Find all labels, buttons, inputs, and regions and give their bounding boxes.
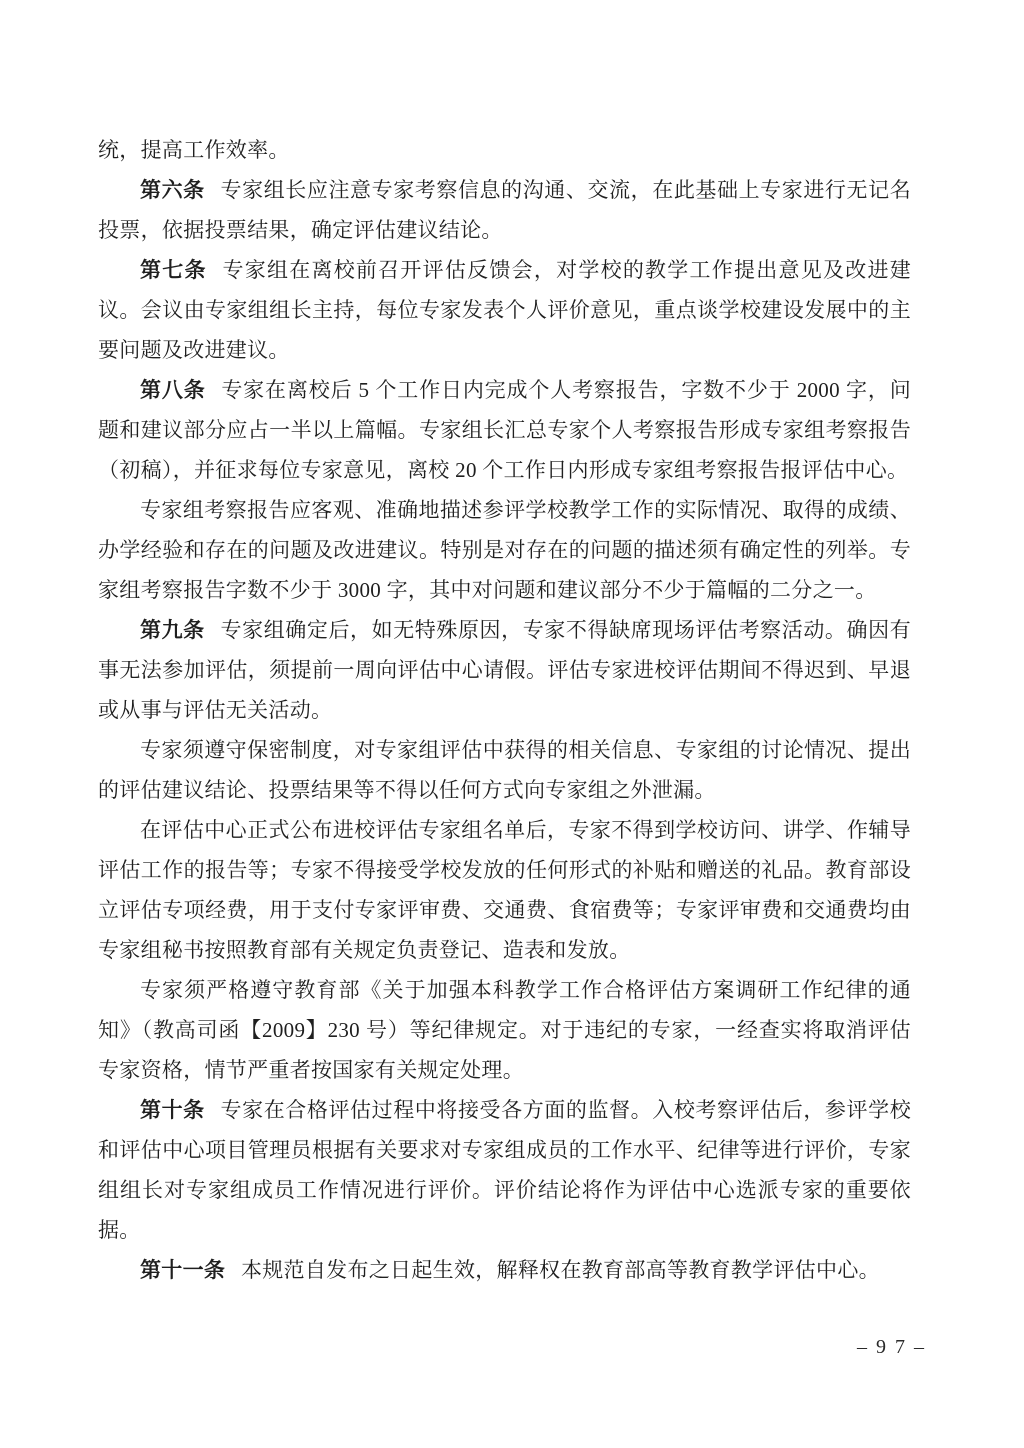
paragraph-text: 统，提高工作效率。 xyxy=(98,138,290,162)
article-number: 第六条 xyxy=(140,178,205,202)
paragraph-text: 专家组长应注意专家考察信息的沟通、交流，在此基础上专家进行无记名投票，依据投票结… xyxy=(98,178,911,242)
paragraph: 第六条专家组长应注意专家考察信息的沟通、交流，在此基础上专家进行无记名投票，依据… xyxy=(98,170,911,250)
article-number: 第七条 xyxy=(140,258,207,282)
paragraph: 专家须严格遵守教育部《关于加强本科教学工作合格评估方案调研工作纪律的通知》（教高… xyxy=(98,970,911,1090)
paragraph-text: 专家须遵守保密制度，对专家组评估中获得的相关信息、专家组的讨论情况、提出的评估建… xyxy=(98,738,911,802)
document-body: 统，提高工作效率。第六条专家组长应注意专家考察信息的沟通、交流，在此基础上专家进… xyxy=(98,130,911,1290)
paragraph: 在评估中心正式公布进校评估专家组名单后，专家不得到学校访问、讲学、作辅导评估工作… xyxy=(98,810,911,970)
paragraph-text: 专家在合格评估过程中将接受各方面的监督。入校考察评估后，参评学校和评估中心项目管… xyxy=(98,1098,911,1242)
paragraph-text: 专家组考察报告应客观、准确地描述参评学校教学工作的实际情况、取得的成绩、办学经验… xyxy=(98,498,911,602)
paragraph: 专家组考察报告应客观、准确地描述参评学校教学工作的实际情况、取得的成绩、办学经验… xyxy=(98,490,911,610)
document-page: 统，提高工作效率。第六条专家组长应注意专家考察信息的沟通、交流，在此基础上专家进… xyxy=(0,0,1024,1448)
paragraph: 第十一条本规范自发布之日起生效，解释权在教育部高等教育教学评估中心。 xyxy=(98,1250,911,1290)
paragraph: 第八条专家在离校后 5 个工作日内完成个人考察报告，字数不少于 2000 字，问… xyxy=(98,370,911,490)
paragraph: 统，提高工作效率。 xyxy=(98,130,911,170)
article-number: 第八条 xyxy=(140,378,206,402)
paragraph: 第七条专家组在离校前召开评估反馈会，对学校的教学工作提出意见及改进建议。会议由专… xyxy=(98,250,911,370)
paragraph-text: 专家在离校后 5 个工作日内完成个人考察报告，字数不少于 2000 字，问题和建… xyxy=(98,378,911,482)
article-number: 第九条 xyxy=(140,618,205,642)
paragraph-text: 专家组在离校前召开评估反馈会，对学校的教学工作提出意见及改进建议。会议由专家组组… xyxy=(98,258,911,362)
paragraph-text: 专家组确定后，如无特殊原因，专家不得缺席现场评估考察活动。确因有事无法参加评估，… xyxy=(98,618,911,722)
paragraph-text: 本规范自发布之日起生效，解释权在教育部高等教育教学评估中心。 xyxy=(241,1258,880,1282)
paragraph-text: 在评估中心正式公布进校评估专家组名单后，专家不得到学校访问、讲学、作辅导评估工作… xyxy=(98,818,911,962)
paragraph-text: 专家须严格遵守教育部《关于加强本科教学工作合格评估方案调研工作纪律的通知》（教高… xyxy=(98,978,911,1082)
page-number: – 9 7 – xyxy=(857,1336,926,1359)
article-number: 第十一条 xyxy=(140,1258,225,1282)
paragraph: 第十条专家在合格评估过程中将接受各方面的监督。入校考察评估后，参评学校和评估中心… xyxy=(98,1090,911,1250)
paragraph: 专家须遵守保密制度，对专家组评估中获得的相关信息、专家组的讨论情况、提出的评估建… xyxy=(98,730,911,810)
paragraph: 第九条专家组确定后，如无特殊原因，专家不得缺席现场评估考察活动。确因有事无法参加… xyxy=(98,610,911,730)
article-number: 第十条 xyxy=(140,1098,205,1122)
